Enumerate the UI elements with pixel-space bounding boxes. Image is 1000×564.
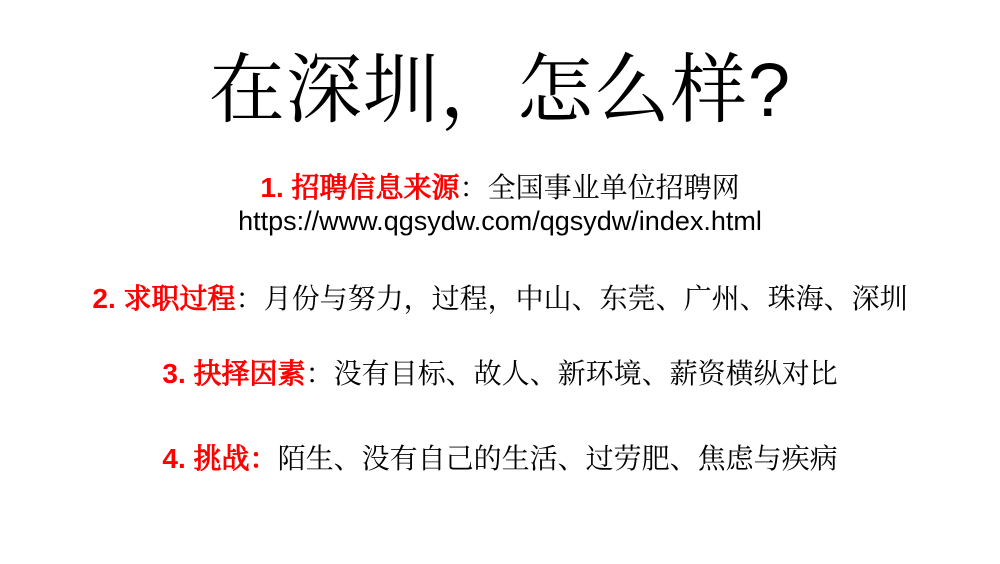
item-3-text: ：没有目标、故人、新环境、薪资横纵对比 [306, 358, 838, 389]
item-2-label: 2. 求职过程 [92, 283, 235, 314]
item-3-label: 3. 抉择因素 [162, 358, 305, 389]
presentation-slide: 在深圳，怎么样? 1. 招聘信息来源：全国事业单位招聘网 https://www… [0, 0, 1000, 564]
item-4-label: 4. 挑战： [162, 443, 277, 474]
list-item-recruitment-source: 1. 招聘信息来源：全国事业单位招聘网 [0, 170, 1000, 205]
item-4-text: 陌生、没有自己的生活、过劳肥、焦虑与疾病 [278, 443, 838, 474]
slide-title: 在深圳，怎么样? [0, 48, 1000, 133]
list-item-decision-factors: 3. 抉择因素：没有目标、故人、新环境、薪资横纵对比 [0, 356, 1000, 391]
list-item-job-search-process: 2. 求职过程：月份与努力，过程，中山、东莞、广州、珠海、深圳 [0, 281, 1000, 316]
item-2-text: ：月份与努力，过程，中山、东莞、广州、珠海、深圳 [236, 283, 908, 314]
recruitment-url-link[interactable]: https://www.qgsydw.com/qgsydw/index.html [0, 205, 1000, 239]
list-item-challenges: 4. 挑战：陌生、没有自己的生活、过劳肥、焦虑与疾病 [0, 441, 1000, 476]
item-1-label: 1. 招聘信息来源 [260, 172, 459, 203]
item-1-text: ：全国事业单位招聘网 [460, 172, 740, 203]
